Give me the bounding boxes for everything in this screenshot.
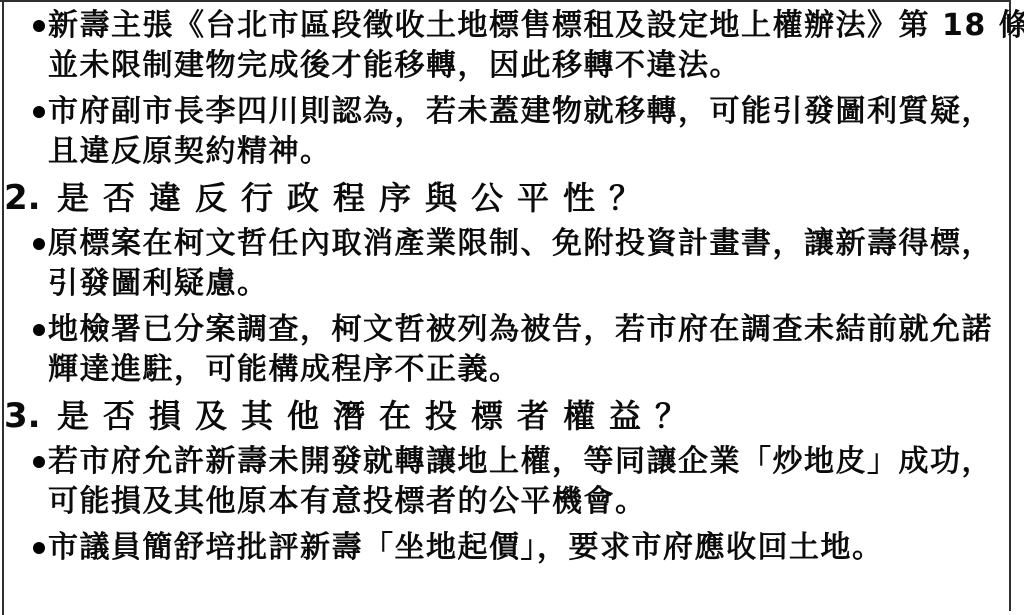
bullet-text-line: 市議員簡舒培批評新壽「坐地起價」，要求市府應收回土地。 bbox=[48, 528, 1008, 568]
bullet-icon bbox=[33, 542, 45, 554]
bullet-text: 新壽主張《台北市區段徵收土地標售標租及設定地上權辦法》第 18 條 並未限制建物… bbox=[48, 6, 1008, 86]
bullet-text-line: 新壽主張《台北市區段徵收土地標售標租及設定地上權辦法》第 18 條 bbox=[48, 6, 1008, 46]
bullet-text-line: 可能損及其他原本有意投標者的公平機會。 bbox=[48, 482, 1008, 522]
bullet-text: 市府副市長李四川則認為，若未蓋建物就移轉，可能引發圖利質疑， 且違反原契約精神。 bbox=[48, 92, 1008, 172]
bullet-text-line: 市府副市長李四川則認為，若未蓋建物就移轉，可能引發圖利質疑， bbox=[48, 92, 1008, 132]
bullet-item: 市府副市長李四川則認為，若未蓋建物就移轉，可能引發圖利質疑， 且違反原契約精神。 bbox=[4, 92, 1008, 172]
heading-text: 是否違反行政程序與公平性？ bbox=[57, 178, 1008, 218]
bullet-text: 若市府允許新壽未開發就轉讓地上權，等同讓企業「炒地皮」成功， 可能損及其他原本有… bbox=[48, 442, 1008, 522]
document-content: 新壽主張《台北市區段徵收土地標售標租及設定地上權辦法》第 18 條 並未限制建物… bbox=[4, 6, 1008, 568]
bullet-text: 市議員簡舒培批評新壽「坐地起價」，要求市府應收回土地。 bbox=[48, 528, 1008, 568]
bullet-item: 新壽主張《台北市區段徵收土地標售標租及設定地上權辦法》第 18 條 並未限制建物… bbox=[4, 6, 1008, 86]
page-border-top bbox=[0, 0, 1011, 2]
heading-number: 2. bbox=[4, 178, 57, 218]
numbered-heading: 2. 是否違反行政程序與公平性？ bbox=[4, 178, 1008, 218]
bullet-text-line: 若市府允許新壽未開發就轉讓地上權，等同讓企業「炒地皮」成功， bbox=[48, 442, 1008, 482]
bullet-text-line: 原標案在柯文哲任內取消產業限制、免附投資計畫書，讓新壽得標， bbox=[48, 224, 1008, 264]
numbered-heading: 3. 是否損及其他潛在投標者權益？ bbox=[4, 396, 1008, 436]
bullet-icon bbox=[33, 238, 45, 250]
heading-number: 3. bbox=[4, 396, 57, 436]
bullet-icon bbox=[33, 324, 45, 336]
document-page: 新壽主張《台北市區段徵收土地標售標租及設定地上權辦法》第 18 條 並未限制建物… bbox=[0, 0, 1024, 615]
heading-text: 是否損及其他潛在投標者權益？ bbox=[57, 396, 1008, 436]
bullet-item: 若市府允許新壽未開發就轉讓地上權，等同讓企業「炒地皮」成功， 可能損及其他原本有… bbox=[4, 442, 1008, 522]
bullet-text-line: 引發圖利疑慮。 bbox=[48, 264, 1008, 304]
bullet-text-line: 並未限制建物完成後才能移轉，因此移轉不違法。 bbox=[48, 46, 1008, 86]
page-border-right bbox=[1009, 0, 1011, 611]
bullet-icon bbox=[33, 20, 45, 32]
bullet-item: 原標案在柯文哲任內取消產業限制、免附投資計畫書，讓新壽得標， 引發圖利疑慮。 bbox=[4, 224, 1008, 304]
bullet-item: 地檢署已分案調查，柯文哲被列為被告，若市府在調查未結前就允諾 輝達進駐，可能構成… bbox=[4, 310, 1008, 390]
bullet-text-line: 且違反原契約精神。 bbox=[48, 132, 1008, 172]
bullet-text-line: 地檢署已分案調查，柯文哲被列為被告，若市府在調查未結前就允諾 bbox=[48, 310, 1008, 350]
bullet-icon bbox=[33, 106, 45, 118]
bullet-text: 原標案在柯文哲任內取消產業限制、免附投資計畫書，讓新壽得標， 引發圖利疑慮。 bbox=[48, 224, 1008, 304]
bullet-text: 地檢署已分案調查，柯文哲被列為被告，若市府在調查未結前就允諾 輝達進駐，可能構成… bbox=[48, 310, 1008, 390]
bullet-icon bbox=[33, 456, 45, 468]
bullet-item: 市議員簡舒培批評新壽「坐地起價」，要求市府應收回土地。 bbox=[4, 528, 1008, 568]
bullet-text-line: 輝達進駐，可能構成程序不正義。 bbox=[48, 350, 1008, 390]
